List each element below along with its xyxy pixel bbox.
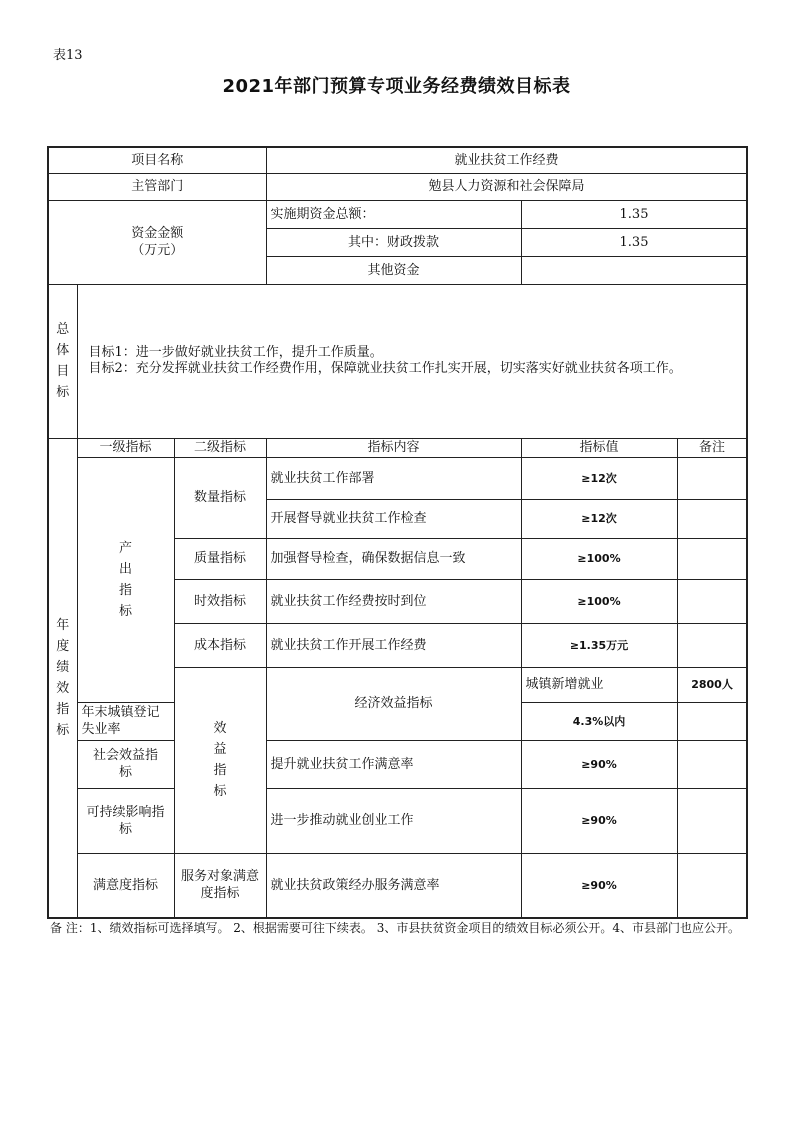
- indicator-content: 就业扶贫工作开展工作经费: [266, 623, 521, 667]
- indicator-value: ≥12次: [521, 499, 677, 538]
- indicator-remark: [677, 499, 747, 538]
- quality-indicator-label: 质量指标: [174, 538, 266, 579]
- indicator-remark: [677, 740, 747, 788]
- funds-total-label: 实施期资金总额：: [266, 200, 521, 228]
- sustainable-indicator-label: 可持续影响指标: [77, 788, 174, 853]
- indicator-content: 就业扶贫政策经办服务满意率: [266, 853, 521, 918]
- indicator-remark: [677, 702, 747, 740]
- indicator-value: 4.3%以内: [521, 702, 677, 740]
- timeliness-indicator-label: 时效指标: [174, 579, 266, 623]
- funds-label-line1: 资金金额: [51, 225, 264, 242]
- goal-2: 目标2：充分发挥就业扶贫工作经费作用，保障就业扶贫工作扎实开展，切实落实好就业扶…: [81, 361, 744, 377]
- funds-other-label: 其他资金: [266, 256, 521, 284]
- header-value: 指标值: [521, 438, 677, 457]
- project-name-value: 就业扶贫工作经费: [266, 147, 747, 173]
- header-remark: 备注: [677, 438, 747, 457]
- indicator-content: 就业扶贫工作部署: [266, 457, 521, 499]
- funds-fiscal-label: 其中：财政拨款: [266, 228, 521, 256]
- indicator-content: 城镇新增就业: [521, 667, 677, 702]
- performance-target-table: 项目名称 就业扶贫工作经费 主管部门 勉县人力资源和社会保障局 资金金额 （万元…: [47, 146, 748, 919]
- output-indicator-label: 产出指标: [77, 457, 174, 702]
- header-level2: 二级指标: [174, 438, 266, 457]
- economic-indicator-label: 经济效益指标: [266, 667, 521, 740]
- benefit-indicator-label-text: 效益指标: [213, 718, 227, 802]
- overall-goal-label-text: 总体目标: [56, 319, 70, 403]
- indicator-row: 满意度指标 服务对象满意度指标 就业扶贫政策经办服务满意率 ≥90%: [48, 853, 747, 918]
- indicator-remark: [677, 788, 747, 853]
- indicator-content: 就业扶贫工作经费按时到位: [266, 579, 521, 623]
- benefit-indicator-label: 效益指标: [174, 667, 266, 853]
- indicator-row: 可持续影响指标 进一步推动就业创业工作 ≥90%: [48, 788, 747, 853]
- project-name-row: 项目名称 就业扶贫工作经费: [48, 147, 747, 173]
- indicator-content: 年末城镇登记失业率: [77, 702, 174, 740]
- goal-1: 目标1：进一步做好就业扶贫工作，提升工作质量。: [81, 345, 744, 361]
- indicator-value: ≥12次: [521, 457, 677, 499]
- funds-fiscal-value: 1.35: [521, 228, 747, 256]
- funds-other-value: [521, 256, 747, 284]
- service-satisfaction-label: 服务对象满意度指标: [174, 853, 266, 918]
- overall-goal-content: 目标1：进一步做好就业扶贫工作，提升工作质量。 目标2：充分发挥就业扶贫工作经费…: [77, 284, 747, 438]
- footnote: 备 注：1、绩效指标可选择填写。 2、根据需要可往下续表。 3、市县扶贫资金项目…: [50, 920, 750, 936]
- indicator-value: ≥100%: [521, 579, 677, 623]
- indicator-value: 2800人: [677, 667, 747, 702]
- funds-total-value: 1.35: [521, 200, 747, 228]
- header-content: 指标内容: [266, 438, 521, 457]
- indicator-header-row: 年度绩效指标 一级指标 二级指标 指标内容 指标值 备注: [48, 438, 747, 457]
- indicator-value: ≥100%: [521, 538, 677, 579]
- annual-indicator-label: 年度绩效指标: [48, 438, 77, 918]
- indicator-remark: [677, 853, 747, 918]
- indicator-value: ≥90%: [521, 788, 677, 853]
- indicator-remark: [677, 538, 747, 579]
- page-title: 2021年部门预算专项业务经费绩效目标表: [0, 72, 793, 98]
- quantity-indicator-label: 数量指标: [174, 457, 266, 538]
- indicator-value: ≥90%: [521, 853, 677, 918]
- table-number: 表13: [53, 44, 83, 63]
- department-label: 主管部门: [48, 173, 266, 200]
- indicator-content: 开展督导就业扶贫工作检查: [266, 499, 521, 538]
- indicator-row: 社会效益指标 提升就业扶贫工作满意率 ≥90%: [48, 740, 747, 788]
- indicator-row: 产出指标 数量指标 就业扶贫工作部署 ≥12次: [48, 457, 747, 499]
- social-indicator-label: 社会效益指标: [77, 740, 174, 788]
- department-row: 主管部门 勉县人力资源和社会保障局: [48, 173, 747, 200]
- overall-goal-label: 总体目标: [48, 284, 77, 438]
- project-name-label: 项目名称: [48, 147, 266, 173]
- annual-indicator-label-text: 年度绩效指标: [56, 615, 70, 741]
- indicator-content: 提升就业扶贫工作满意率: [266, 740, 521, 788]
- department-value: 勉县人力资源和社会保障局: [266, 173, 747, 200]
- funds-total-row: 资金金额 （万元） 实施期资金总额： 1.35: [48, 200, 747, 228]
- funds-label: 资金金额 （万元）: [48, 200, 266, 284]
- cost-indicator-label: 成本指标: [174, 623, 266, 667]
- funds-label-line2: （万元）: [51, 242, 264, 259]
- indicator-content: 进一步推动就业创业工作: [266, 788, 521, 853]
- overall-goal-row: 总体目标 目标1：进一步做好就业扶贫工作，提升工作质量。 目标2：充分发挥就业扶…: [48, 284, 747, 438]
- indicator-content: 加强督导检查，确保数据信息一致: [266, 538, 521, 579]
- indicator-value: ≥1.35万元: [521, 623, 677, 667]
- indicator-remark: [677, 579, 747, 623]
- indicator-value: ≥90%: [521, 740, 677, 788]
- satisfaction-indicator-label: 满意度指标: [77, 853, 174, 918]
- indicator-remark: [677, 623, 747, 667]
- header-level1: 一级指标: [77, 438, 174, 457]
- indicator-remark: [677, 457, 747, 499]
- output-indicator-label-text: 产出指标: [119, 538, 133, 622]
